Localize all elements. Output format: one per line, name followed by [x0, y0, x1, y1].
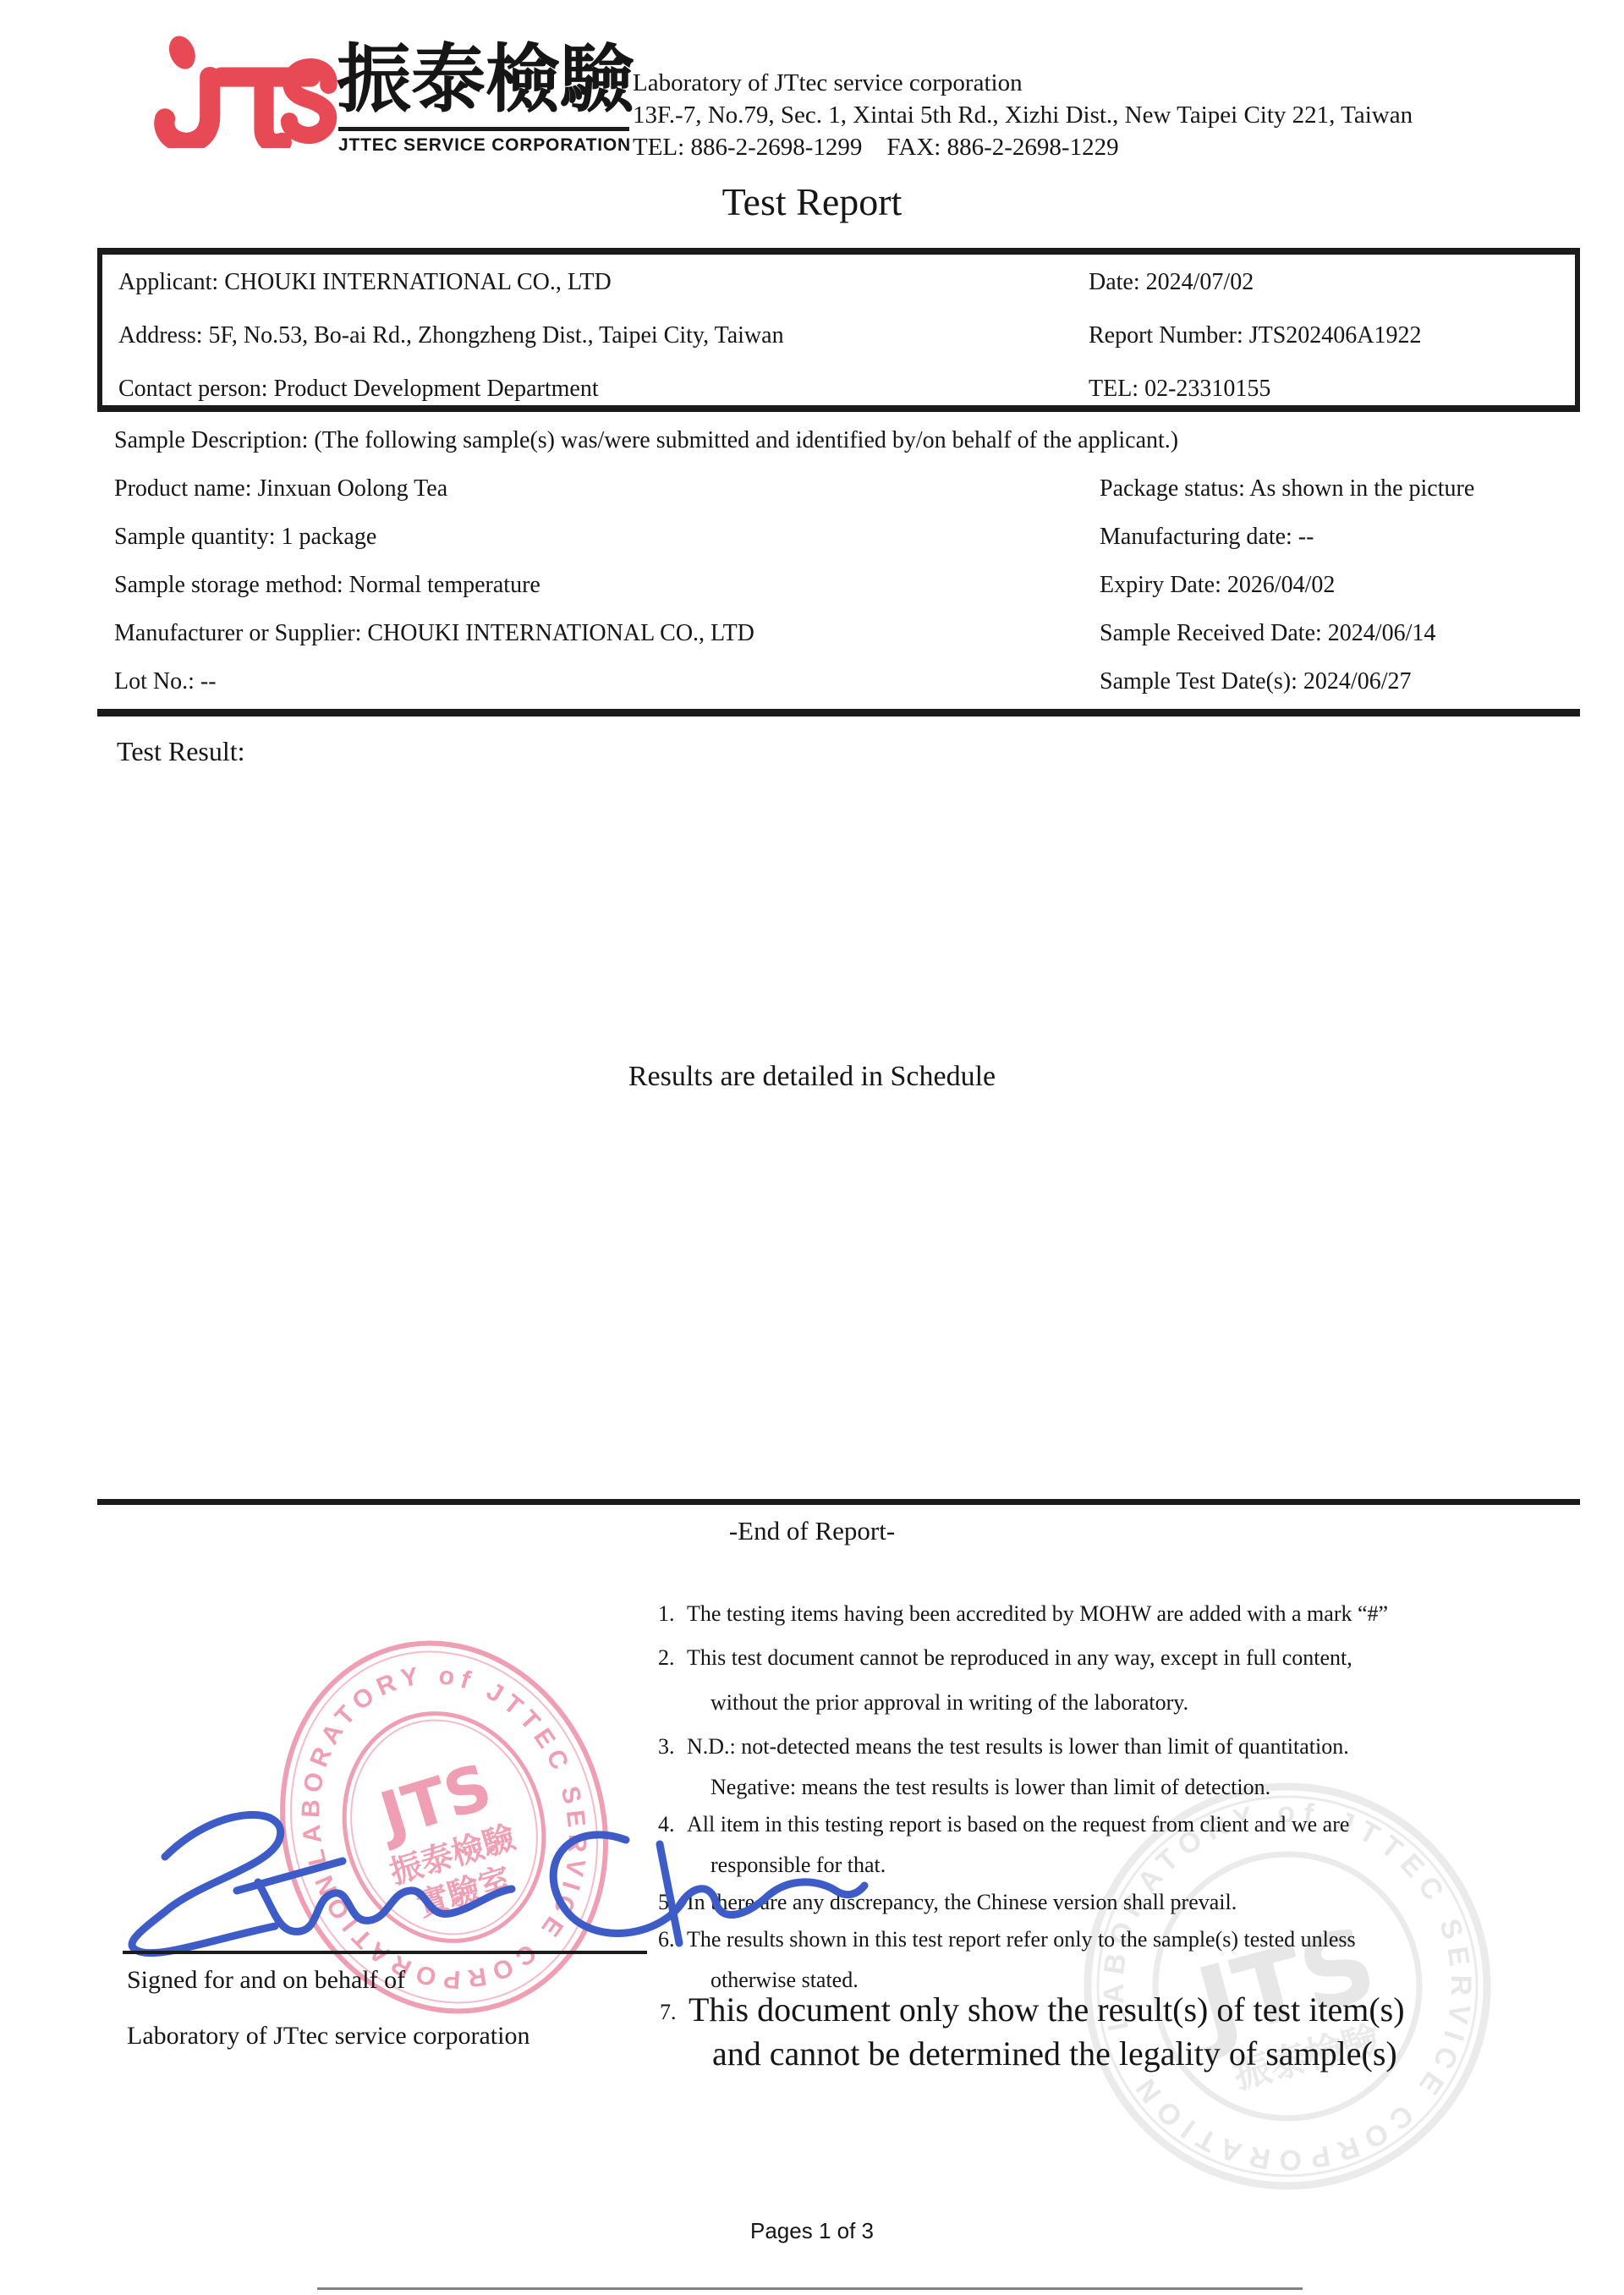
sample-received-date-field: Sample Received Date: 2024/06/14 [1100, 620, 1435, 647]
lab-address: 13F.-7, No.79, Sec. 1, Xintai 5th Rd., X… [633, 102, 1413, 129]
logo-chinese-text: 振泰檢驗 [337, 37, 634, 122]
contact-tel-field: TEL: 02-23310155 [1089, 376, 1270, 403]
logo-subtitle: JTTEC SERVICE CORPORATION [338, 135, 631, 156]
lab-tel-fax: TEL: 886-2-2698-1299 FAX: 886-2-2698-122… [633, 134, 1119, 162]
applicant-address-field: Address: 5F, No.53, Bo-ai Rd., Zhongzhen… [118, 322, 784, 349]
note-text: Negative: means the test results is lowe… [710, 1775, 1270, 1800]
note-text-large: This document only show the result(s) of… [689, 1990, 1405, 2029]
note-text: This test document cannot be reproduced … [687, 1645, 1352, 1671]
signature-icon [118, 1798, 880, 1963]
end-of-report-border [97, 1499, 1580, 1505]
lab-name: Laboratory of JTtec service corporation [633, 69, 1023, 97]
report-date-field: Date: 2024/07/02 [1089, 269, 1254, 296]
note-text: The testing items having been accredited… [687, 1601, 1388, 1627]
test-result-label: Test Result: [117, 736, 245, 767]
note-number: 1. [658, 1601, 675, 1627]
page-number: Pages 1 of 3 [0, 2218, 1624, 2244]
signed-lab-name: Laboratory of JTtec service corporation [127, 2022, 529, 2051]
note-text: without the prior approval in writing of… [710, 1690, 1188, 1716]
product-name-field: Product name: Jinxuan Oolong Tea [114, 475, 447, 502]
note-number: 3. [658, 1734, 675, 1760]
table-top-border [97, 248, 1580, 255]
test-result-body: Results are detailed in Schedule [0, 1061, 1624, 1093]
storage-method-field: Sample storage method: Normal temperatur… [114, 572, 540, 599]
end-of-report-label: -End of Report- [0, 1516, 1624, 1546]
table-mid-border [97, 405, 1580, 412]
expiry-date-field: Expiry Date: 2026/04/02 [1100, 572, 1335, 599]
watermark-stamp-icon: LABORATORY of JTTEC SERVICE CORPORATION … [1076, 1775, 1499, 2198]
note-text-large: and cannot be determined the legality of… [712, 2034, 1397, 2073]
applicant-field: Applicant: CHOUKI INTERNATIONAL CO., LTD [118, 269, 612, 296]
test-report-page: LABORATORY of JTTEC SERVICE CORPORATION … [0, 0, 1624, 2295]
manufacturer-field: Manufacturer or Supplier: CHOUKI INTERNA… [114, 620, 754, 647]
sample-description: Sample Description: (The following sampl… [114, 427, 1178, 454]
package-status-field: Package status: As shown in the picture [1100, 475, 1474, 502]
contact-person-field: Contact person: Product Development Depa… [118, 376, 599, 403]
lot-no-field: Lot No.: -- [114, 668, 217, 695]
note-text: N.D.: not-detected means the test result… [687, 1734, 1349, 1760]
note-number: 7. [660, 2000, 677, 2025]
logo-underline [338, 127, 629, 131]
report-number-field: Report Number: JTS202406A1922 [1089, 322, 1422, 349]
note-number: 2. [658, 1645, 675, 1671]
sample-test-date-field: Sample Test Date(s): 2024/06/27 [1100, 668, 1411, 695]
signature-line [123, 1951, 647, 1954]
table-right-border [1575, 248, 1580, 412]
manufacturing-date-field: Manufacturing date: -- [1100, 524, 1314, 551]
scan-artifact-line [317, 2287, 1303, 2290]
sample-bottom-border [97, 709, 1580, 717]
table-left-border [97, 248, 102, 412]
jts-logo-icon [142, 34, 338, 148]
sample-quantity-field: Sample quantity: 1 package [114, 524, 376, 551]
signed-on-behalf-label: Signed for and on behalf of [127, 1966, 405, 1995]
page-title: Test Report [0, 179, 1624, 224]
